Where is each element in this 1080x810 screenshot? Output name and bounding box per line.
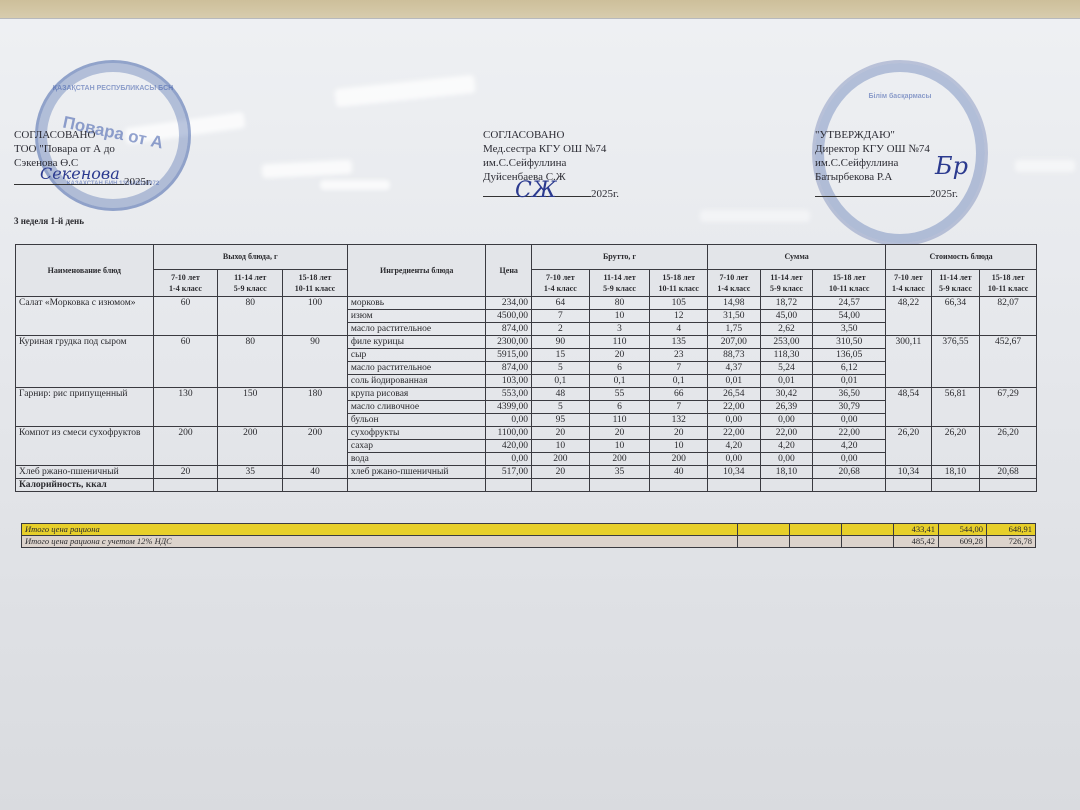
dish-yield: 130	[153, 388, 218, 427]
ingredient-sum: 31,50	[708, 310, 761, 323]
ingredient-sum: 310,50	[813, 336, 886, 349]
totals-empty-cell	[738, 524, 790, 536]
approval-title: "УТВЕРЖДАЮ"	[815, 128, 958, 142]
signature-right: Бр	[935, 152, 968, 180]
ingredient-price: 420,00	[486, 440, 532, 453]
totals-value: 485,42	[894, 536, 939, 548]
ingredient-sum: 22,00	[760, 427, 813, 440]
header-age-group: 11-14 лет 5-9 класс	[218, 270, 283, 297]
calories-cell	[931, 479, 980, 492]
totals-value: 544,00	[939, 524, 987, 536]
ingredient-gross: 35	[589, 466, 650, 479]
table-row: Компот из смеси сухофруктов200200200сухо…	[16, 427, 1037, 440]
totals-value: 648,91	[987, 524, 1036, 536]
ingredient-gross: 12	[650, 310, 708, 323]
ingredient-gross: 15	[532, 349, 590, 362]
header-dish: Наименование блюд	[16, 245, 154, 297]
calories-cell	[708, 479, 761, 492]
ingredient-price: 0,00	[486, 414, 532, 427]
ingredient-sum: 18,10	[760, 466, 813, 479]
signature-left: Секенова	[40, 164, 120, 183]
calories-cell	[760, 479, 813, 492]
dish-cost: 56,81	[931, 388, 980, 427]
calories-row: Калорийность, ккал	[16, 479, 1037, 492]
approval-org-name: им.С.Сейфуллина	[483, 156, 619, 170]
dish-yield: 20	[153, 466, 218, 479]
ingredient-sum: 22,00	[708, 427, 761, 440]
dish-cost: 66,34	[931, 297, 980, 336]
ingredient-sum: 10,34	[708, 466, 761, 479]
approval-org: ТОО "Повара от А до	[14, 142, 152, 156]
calories-cell	[218, 479, 283, 492]
ingredient-name: филе курицы	[347, 336, 486, 349]
ingredient-sum: 0,01	[813, 375, 886, 388]
ingredient-gross: 10	[650, 440, 708, 453]
dish-yield: 200	[153, 427, 218, 466]
table-row: Куриная грудка под сыром608090филе куриц…	[16, 336, 1037, 349]
ingredient-gross: 20	[589, 349, 650, 362]
ingredient-sum: 1,75	[708, 323, 761, 336]
ingredient-price: 0,00	[486, 453, 532, 466]
dish-cost: 26,20	[931, 427, 980, 466]
dish-yield: 150	[218, 388, 283, 427]
ingredient-sum: 4,20	[708, 440, 761, 453]
ingredient-sum: 0,00	[760, 414, 813, 427]
ingredient-sum: 88,73	[708, 349, 761, 362]
ingredient-gross: 200	[532, 453, 590, 466]
header-age-group: 15-18 лет 10-11 класс	[980, 270, 1037, 297]
dish-yield: 200	[283, 427, 348, 466]
table-row: Гарнир: рис припущенный130150180крупа ри…	[16, 388, 1037, 401]
dish-yield: 80	[218, 297, 283, 336]
approval-date: 2025г.	[124, 176, 152, 188]
ingredient-sum: 207,00	[708, 336, 761, 349]
ingredient-gross: 66	[650, 388, 708, 401]
header-age-group: 15-18 лет 10-11 класс	[813, 270, 886, 297]
header-age-group: 15-18 лет 10-11 класс	[283, 270, 348, 297]
ingredient-price: 517,00	[486, 466, 532, 479]
calories-cell	[532, 479, 590, 492]
ingredient-gross: 20	[650, 427, 708, 440]
ingredient-name: морковь	[347, 297, 486, 310]
header-sum: Сумма	[708, 245, 886, 270]
dish-yield: 60	[153, 297, 218, 336]
calories-label: Калорийность, ккал	[16, 479, 154, 492]
header-age-group: 11-14 лет 5-9 класс	[931, 270, 980, 297]
dish-yield: 40	[283, 466, 348, 479]
ingredient-sum: 5,24	[760, 362, 813, 375]
ingredient-gross: 110	[589, 414, 650, 427]
dish-cost: 10,34	[886, 466, 932, 479]
header-age-group: 15-18 лет 10-11 класс	[650, 270, 708, 297]
dish-cost: 300,11	[886, 336, 932, 388]
calories-cell	[589, 479, 650, 492]
ingredient-price: 1100,00	[486, 427, 532, 440]
ingredient-sum: 22,00	[813, 427, 886, 440]
calories-cell	[813, 479, 886, 492]
ingredient-sum: 0,00	[760, 453, 813, 466]
totals-empty-cell	[790, 536, 842, 548]
dish-name: Куриная грудка под сыром	[16, 336, 154, 388]
ingredient-sum: 4,20	[760, 440, 813, 453]
calories-cell	[980, 479, 1037, 492]
ingredient-price: 5915,00	[486, 349, 532, 362]
dish-cost: 20,68	[980, 466, 1037, 479]
ingredient-name: масло сливочное	[347, 401, 486, 414]
ingredient-sum: 4,37	[708, 362, 761, 375]
ingredient-gross: 5	[532, 401, 590, 414]
ingredient-price: 103,00	[486, 375, 532, 388]
header-age-group: 11-14 лет 5-9 класс	[589, 270, 650, 297]
ingredient-price: 4500,00	[486, 310, 532, 323]
ingredient-name: сухофрукты	[347, 427, 486, 440]
totals-empty-cell	[738, 536, 790, 548]
ingredient-gross: 7	[532, 310, 590, 323]
ingredient-gross: 55	[589, 388, 650, 401]
totals-label: Итого цена рациона	[22, 524, 738, 536]
totals-value: 726,78	[987, 536, 1036, 548]
dish-name: Хлеб ржано-пшеничный	[16, 466, 154, 479]
ingredient-name: крупа рисовая	[347, 388, 486, 401]
totals-value: 609,28	[939, 536, 987, 548]
dish-yield: 80	[218, 336, 283, 388]
ingredient-gross: 48	[532, 388, 590, 401]
calories-cell	[886, 479, 932, 492]
header-age-group: 7-10 лет 1-4 класс	[532, 270, 590, 297]
ingredient-gross: 7	[650, 401, 708, 414]
calories-cell	[347, 479, 486, 492]
ingredient-gross: 23	[650, 349, 708, 362]
glare	[320, 180, 390, 190]
ingredient-gross: 95	[532, 414, 590, 427]
ingredient-gross: 90	[532, 336, 590, 349]
ingredient-name: сахар	[347, 440, 486, 453]
header-age-group: 11-14 лет 5-9 класс	[760, 270, 813, 297]
week-label: 3 неделя 1-й день	[14, 216, 84, 226]
dish-cost: 82,07	[980, 297, 1037, 336]
ingredient-sum: 14,98	[708, 297, 761, 310]
totals-table: Итого цена рациона433,41544,00648,91Итог…	[21, 523, 1036, 548]
ingredient-sum: 253,00	[760, 336, 813, 349]
ingredient-gross: 110	[589, 336, 650, 349]
ingredient-name: вода	[347, 453, 486, 466]
totals-label: Итого цена рациона с учетом 12% НДС	[22, 536, 738, 548]
ingredient-gross: 80	[589, 297, 650, 310]
ingredient-gross: 5	[532, 362, 590, 375]
dish-cost: 48,54	[886, 388, 932, 427]
ingredient-gross: 10	[532, 440, 590, 453]
ingredient-sum: 2,62	[760, 323, 813, 336]
ingredient-sum: 18,72	[760, 297, 813, 310]
ingredient-gross: 0,1	[650, 375, 708, 388]
approval-date: 2025г.	[930, 188, 958, 200]
dish-yield: 35	[218, 466, 283, 479]
signature-center: СЖ	[515, 178, 557, 203]
ingredient-gross: 135	[650, 336, 708, 349]
ingredient-gross: 6	[589, 362, 650, 375]
ingredient-sum: 6,12	[813, 362, 886, 375]
dish-yield: 60	[153, 336, 218, 388]
ingredient-gross: 20	[589, 427, 650, 440]
calories-cell	[283, 479, 348, 492]
ingredient-gross: 200	[650, 453, 708, 466]
header-cost: Стоимость блюда	[886, 245, 1037, 270]
dish-name: Гарнир: рис припущенный	[16, 388, 154, 427]
ingredient-sum: 0,00	[813, 414, 886, 427]
ingredient-sum: 26,39	[760, 401, 813, 414]
ingredient-price: 234,00	[486, 297, 532, 310]
ingredient-sum: 0,00	[813, 453, 886, 466]
header-ingredients: Ингредиенты блюда	[347, 245, 486, 297]
header-gross: Брутто, г	[532, 245, 708, 270]
dish-cost: 376,55	[931, 336, 980, 388]
approval-org: Мед.сестра КГУ ОШ №74	[483, 142, 619, 156]
dish-name: Салат «Морковка с изюмом»	[16, 297, 154, 336]
approval-date: 2025г.	[591, 188, 619, 200]
ingredient-gross: 132	[650, 414, 708, 427]
dish-yield: 100	[283, 297, 348, 336]
ingredient-price: 4399,00	[486, 401, 532, 414]
ingredient-sum: 3,50	[813, 323, 886, 336]
ingredient-sum: 0,01	[760, 375, 813, 388]
totals-row: Итого цена рациона с учетом 12% НДС485,4…	[22, 536, 1036, 548]
calories-cell	[486, 479, 532, 492]
calories-cell	[153, 479, 218, 492]
ingredient-name: бульон	[347, 414, 486, 427]
dish-yield: 90	[283, 336, 348, 388]
ingredient-gross: 20	[532, 466, 590, 479]
ingredient-gross: 10	[589, 440, 650, 453]
dish-cost: 18,10	[931, 466, 980, 479]
ingredient-gross: 0,1	[532, 375, 590, 388]
table-row: Хлеб ржано-пшеничный203540хлеб ржано-пше…	[16, 466, 1037, 479]
ingredient-gross: 3	[589, 323, 650, 336]
ingredient-sum: 4,20	[813, 440, 886, 453]
header-yield: Выход блюда, г	[153, 245, 347, 270]
dish-cost: 67,29	[980, 388, 1037, 427]
header-price: Цена	[486, 245, 532, 297]
ingredient-gross: 0,1	[589, 375, 650, 388]
ingredient-gross: 200	[589, 453, 650, 466]
ingredient-name: сыр	[347, 349, 486, 362]
ingredient-gross: 20	[532, 427, 590, 440]
ingredient-gross: 6	[589, 401, 650, 414]
totals-empty-cell	[842, 536, 894, 548]
ingredient-gross: 10	[589, 310, 650, 323]
ingredient-sum: 22,00	[708, 401, 761, 414]
approval-title: СОГЛАСОВАНО	[483, 128, 619, 142]
ingredient-gross: 7	[650, 362, 708, 375]
totals-empty-cell	[842, 524, 894, 536]
dish-name: Компот из смеси сухофруктов	[16, 427, 154, 466]
ingredient-price: 2300,00	[486, 336, 532, 349]
ingredient-name: хлеб ржано-пшеничный	[347, 466, 486, 479]
ingredient-sum: 0,00	[708, 414, 761, 427]
ingredient-sum: 36,50	[813, 388, 886, 401]
ingredient-sum: 0,00	[708, 453, 761, 466]
dish-cost: 26,20	[980, 427, 1037, 466]
menu-table: Наименование блюд Выход блюда, г Ингреди…	[15, 244, 1037, 492]
ingredient-price: 553,00	[486, 388, 532, 401]
ingredient-name: изюм	[347, 310, 486, 323]
dish-cost: 48,22	[886, 297, 932, 336]
ingredient-sum: 26,54	[708, 388, 761, 401]
dish-cost: 452,67	[980, 336, 1037, 388]
ingredient-sum: 30,42	[760, 388, 813, 401]
ingredient-name: масло растительное	[347, 323, 486, 336]
ingredient-sum: 20,68	[813, 466, 886, 479]
ingredient-gross: 105	[650, 297, 708, 310]
stamp-ring-text: ҚАЗАҚСТАН РЕСПУБЛИКАСЫ БСН	[38, 85, 188, 92]
ingredient-gross: 64	[532, 297, 590, 310]
totals-row: Итого цена рациона433,41544,00648,91	[22, 524, 1036, 536]
ingredient-gross: 2	[532, 323, 590, 336]
ingredient-sum: 54,00	[813, 310, 886, 323]
totals-empty-cell	[790, 524, 842, 536]
table-row: Салат «Морковка с изюмом»6080100морковь2…	[16, 297, 1037, 310]
header-age-group: 7-10 лет 1-4 класс	[886, 270, 932, 297]
ingredient-sum: 24,57	[813, 297, 886, 310]
header-age-group: 7-10 лет 1-4 класс	[153, 270, 218, 297]
stamp-ring-text: Білім басқармасы	[815, 93, 985, 100]
glare	[700, 210, 810, 222]
ingredient-sum: 0,01	[708, 375, 761, 388]
header-age-group: 7-10 лет 1-4 класс	[708, 270, 761, 297]
ingredient-name: соль йодированная	[347, 375, 486, 388]
dish-yield: 180	[283, 388, 348, 427]
glare	[1015, 160, 1075, 172]
calories-cell	[650, 479, 708, 492]
dish-cost: 26,20	[886, 427, 932, 466]
ingredient-price: 874,00	[486, 362, 532, 375]
ingredient-name: масло растительное	[347, 362, 486, 375]
ingredient-sum: 136,05	[813, 349, 886, 362]
ingredient-sum: 45,00	[760, 310, 813, 323]
ingredient-gross: 40	[650, 466, 708, 479]
ingredient-gross: 4	[650, 323, 708, 336]
approval-title: СОГЛАСОВАНО	[14, 128, 152, 142]
dish-yield: 200	[218, 427, 283, 466]
ingredient-sum: 118,30	[760, 349, 813, 362]
ingredient-price: 874,00	[486, 323, 532, 336]
totals-value: 433,41	[894, 524, 939, 536]
ingredient-sum: 30,79	[813, 401, 886, 414]
